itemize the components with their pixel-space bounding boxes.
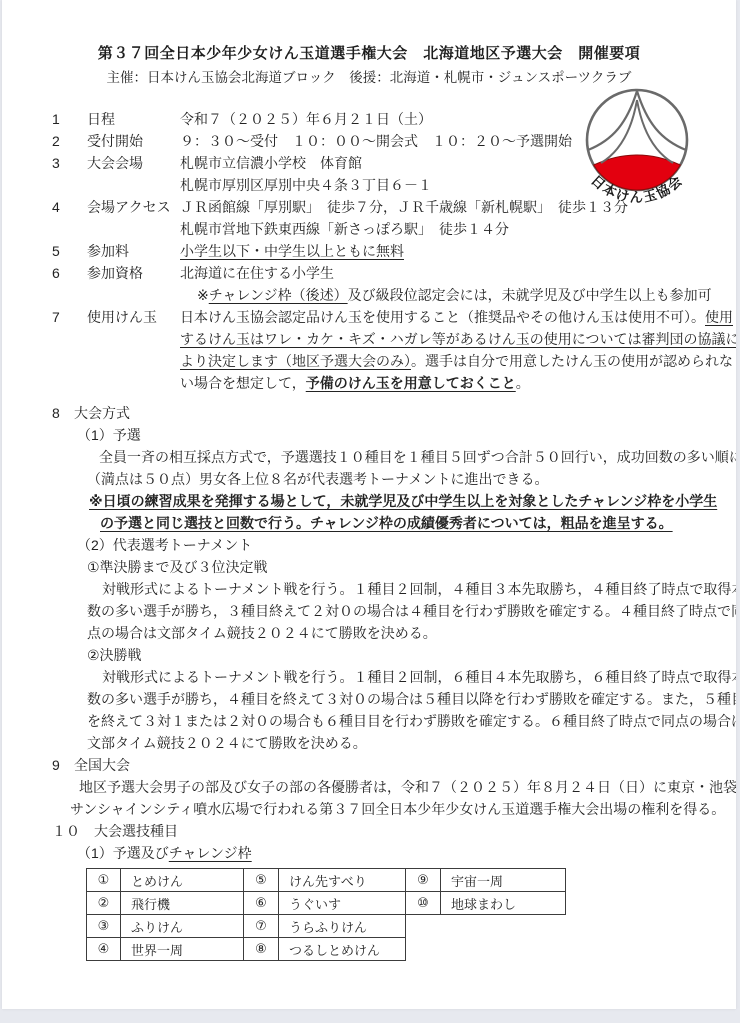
document-body: 1日程令和７（２０２５）年６月２１日（土）2受付開始９：３０～受付 １０：００～… — [2, 108, 736, 864]
item-number: 1 — [52, 108, 60, 130]
event-number-cell: ② — [87, 892, 121, 915]
text-segment: の予選と同じ選技と回数で行う。チャレンジ枠の成績優秀者については，粗品を進呈する… — [100, 515, 673, 531]
item-label: 大会会場 — [87, 152, 143, 174]
numbered-line: 4会場アクセスＪＲ函館線「厚別駅」 徒歩７分，ＪＲ千歳線「新札幌駅」 徒歩１３分 — [2, 196, 736, 218]
text-line: 対戦形式によるトーナメント戦を行う。１種目２回制，６種目４本先取勝ち，６種目終了… — [2, 666, 736, 688]
document-title: 第３７回全日本少年少女けん玉道選手権大会 北海道地区予選大会 開催要項 — [2, 42, 736, 63]
text-line: の予選と同じ選技と回数で行う。チャレンジ枠の成績優秀者については，粗品を進呈する… — [2, 512, 736, 534]
text-segment: 全国大会 — [74, 757, 130, 773]
line-text: ①準決勝まで及び３位決定戦 — [87, 556, 268, 578]
line-text: （満点は５０点）男女各上位８名が代表選考トーナメントに進出できる。 — [87, 468, 548, 490]
text-line: 札幌市営地下鉄東西線「新さっぽろ駅」 徒歩１４分 — [2, 218, 736, 240]
text-segment: するけん玉はワレ・カケ・キズ・ハガレ等があるけん玉の使用については審判団の協議に — [180, 331, 736, 347]
text-line: を終えて３対１または２対０の場合も６種目目を行わず勝敗を確定する。６種目終了時点… — [2, 710, 736, 732]
line-text: 対戦形式によるトーナメント戦を行う。１種目２回制，６種目４本先取勝ち，６種目終了… — [102, 666, 736, 688]
text-line: 数の多い選手が勝ち，３種目終えて２対０の場合は４種目を行わず勝敗を確定する。４種… — [2, 600, 736, 622]
item-number: 4 — [52, 196, 60, 218]
numbered-line: 6参加資格北海道に在住する小学生 — [2, 262, 736, 284]
text-segment: 令和７（２０２５）年６月２１日（土） — [180, 111, 432, 127]
item-number: 8 — [52, 402, 60, 424]
text-segment: 点の場合は文部タイム競技２０２４にて勝敗を決める。 — [87, 625, 437, 641]
text-line: 文部タイム競技２０２４にて勝敗を決める。 — [2, 732, 736, 754]
text-segment: 予備のけん玉を用意しておくこと — [306, 375, 516, 391]
empty-cell — [441, 938, 566, 961]
item-label: 会場アクセス — [87, 196, 171, 218]
event-name-cell: 世界一周 — [121, 938, 244, 961]
event-name-cell: うぐいす — [279, 892, 406, 915]
event-number-cell: ① — [87, 869, 121, 892]
numbered-line: 8大会方式 — [2, 402, 736, 424]
text-line: 札幌市厚別区厚別中央４条３丁目６－１ — [2, 174, 736, 196]
text-segment: 小学生以下・中学生以上ともに無料 — [180, 243, 404, 259]
line-text: （1）予選 — [77, 424, 141, 446]
text-segment: ①準決勝まで及び３位決定戦 — [87, 559, 268, 575]
line-text: ※チャレンジ枠（後述）及び級段位認定会には，未就学児及び中学生以上も参加可 — [197, 284, 712, 306]
text-line: サンシャインシティ噴水広場で行われる第３７回全日本少年少女けん玉道選手権大会出場… — [2, 798, 736, 820]
item-label: 日程 — [87, 108, 115, 130]
text-line: ①準決勝まで及び３位決定戦 — [2, 556, 736, 578]
line-text: 北海道に在住する小学生 — [180, 262, 334, 284]
event-number-cell: ⑥ — [244, 892, 279, 915]
text-segment: （満点は５０点）男女各上位８名が代表選考トーナメントに進出できる。 — [87, 471, 548, 487]
line-text: 対戦形式によるトーナメント戦を行う。１種目２回制，４種目３本先取勝ち，４種目終了… — [102, 578, 736, 600]
text-line: （1）予選 — [2, 424, 736, 446]
line-text: ＪＲ函館線「厚別駅」 徒歩７分，ＪＲ千歳線「新札幌駅」 徒歩１３分 — [180, 196, 628, 218]
text-line: するけん玉はワレ・カケ・キズ・ハガレ等があるけん玉の使用については審判団の協議に — [2, 328, 736, 350]
organizer-line: 主催：日本けん玉協会北海道ブロック 後援：北海道・札幌市・ジュンスポーツクラブ — [2, 66, 736, 86]
line-text: ※日頃の練習成果を発揮する場として，未就学児及び中学生以上を対象としたチャレンジ… — [89, 490, 717, 512]
event-number-cell: ⑨ — [406, 869, 441, 892]
document-page: 第３７回全日本少年少女けん玉道選手権大会 北海道地区予選大会 開催要項 主催：日… — [2, 0, 736, 1009]
text-segment: 対戦形式によるトーナメント戦を行う。１種目２回制，６種目４本先取勝ち，６種目終了… — [102, 669, 736, 685]
event-number-cell: ④ — [87, 938, 121, 961]
event-number-cell: ⑧ — [244, 938, 279, 961]
line-text: するけん玉はワレ・カケ・キズ・ハガレ等があるけん玉の使用については審判団の協議に — [180, 328, 736, 350]
text-segment: 。選手は自分で用意したけん玉の使用が認められな — [411, 353, 733, 369]
line-text: ②決勝戦 — [87, 644, 142, 666]
events-table: ①とめけん⑤けん先すべり⑨宇宙一周②飛行機⑥うぐいす⑩地球まわし③ふりけん⑦うら… — [86, 868, 566, 961]
text-segment: 全員一斉の相互採点方式で，予選選技１０種目を１種目５回ずつ合計５０回行い，成功回… — [99, 449, 736, 465]
line-text: い場合を想定して，予備のけん玉を用意しておくこと。 — [180, 372, 530, 394]
numbered-line: 1日程令和７（２０２５）年６月２１日（土） — [2, 108, 736, 130]
empty-cell — [406, 938, 441, 961]
item-number: １０ — [52, 820, 80, 842]
text-segment: サンシャインシティ噴水広場で行われる第３７回全日本少年少女けん玉道選手権大会出場… — [70, 801, 725, 817]
text-segment: （2）代表選考トーナメント — [77, 537, 252, 553]
text-line: い場合を想定して，予備のけん玉を用意しておくこと。 — [2, 372, 736, 394]
numbered-line: 5参加料小学生以下・中学生以上ともに無料 — [2, 240, 736, 262]
text-line: より決定します（地区予選大会のみ）。選手は自分で用意したけん玉の使用が認められな — [2, 350, 736, 372]
event-name-cell: ふりけん — [121, 915, 244, 938]
item-label: 受付開始 — [87, 130, 143, 152]
text-line: 対戦形式によるトーナメント戦を行う。１種目２回制，４種目３本先取勝ち，４種目終了… — [2, 578, 736, 600]
text-segment: 札幌市立信濃小学校 体育館 — [180, 155, 362, 171]
item-number: 3 — [52, 152, 60, 174]
text-segment: チャレンジ枠 — [169, 845, 252, 861]
line-text: 全員一斉の相互採点方式で，予選選技１０種目を１種目５回ずつ合計５０回行い，成功回… — [99, 446, 736, 468]
text-segment: ②決勝戦 — [87, 647, 142, 663]
text-line: （1）予選及びチャレンジ枠 — [2, 842, 736, 864]
text-segment: 及び級段位認定会には，未就学児及び中学生以上も参加可 — [348, 287, 712, 303]
empty-cell — [406, 915, 441, 938]
item-label: 参加資格 — [87, 262, 143, 284]
text-segment: 数の多い選手が勝ち，３種目終えて２対０の場合は４種目を行わず勝敗を確定する。４種… — [87, 603, 736, 619]
line-text: （2）代表選考トーナメント — [77, 534, 252, 556]
text-segment: より決定します（地区予選大会のみ） — [180, 353, 411, 369]
text-segment: ※ — [197, 287, 209, 303]
line-text: ９：３０～受付 １０：００～開会式 １０：２０～予選開始 — [180, 130, 572, 152]
text-segment: 。 — [516, 375, 530, 391]
event-name-cell: けん先すべり — [279, 869, 406, 892]
text-segment: を終えて３対１または２対０の場合も６種目目を行わず勝敗を確定する。６種目終了時点… — [87, 713, 736, 729]
event-name-cell: うらふりけん — [279, 915, 406, 938]
numbered-line: 3大会会場札幌市立信濃小学校 体育館 — [2, 152, 736, 174]
text-segment: 北海道に在住する小学生 — [180, 265, 334, 281]
text-segment: い場合を想定して， — [180, 375, 306, 391]
text-line: 全員一斉の相互採点方式で，予選選技１０種目を１種目５回ずつ合計５０回行い，成功回… — [2, 446, 736, 468]
text-segment: （1）予選及び — [77, 845, 169, 861]
text-segment: チャレンジ枠（後述） — [209, 287, 348, 303]
item-number: 6 — [52, 262, 60, 284]
line-text: （1）予選及びチャレンジ枠 — [77, 842, 252, 864]
line-text: 札幌市営地下鉄東西線「新さっぽろ駅」 徒歩１４分 — [180, 218, 509, 240]
table-row: ②飛行機⑥うぐいす⑩地球まわし — [87, 892, 566, 915]
line-text: 札幌市厚別区厚別中央４条３丁目６－１ — [180, 174, 432, 196]
text-segment: 日本けん玉協会認定品けん玉を使用すること（推奨品やその他けん玉は使用不可）。 — [180, 309, 705, 325]
text-segment: 札幌市厚別区厚別中央４条３丁目６－１ — [180, 177, 432, 193]
line-text: の予選と同じ選技と回数で行う。チャレンジ枠の成績優秀者については，粗品を進呈する… — [100, 512, 673, 534]
line-text: 数の多い選手が勝ち，３種目終えて２対０の場合は４種目を行わず勝敗を確定する。４種… — [87, 600, 736, 622]
text-segment: 対戦形式によるトーナメント戦を行う。１種目２回制，４種目３本先取勝ち，４種目終了… — [102, 581, 736, 597]
text-line: 数の多い選手が勝ち，４種目を終えて３対０の場合は５種目以降を行わず勝敗を確定する… — [2, 688, 736, 710]
line-text: 大会方式 — [74, 402, 130, 424]
line-text: より決定します（地区予選大会のみ）。選手は自分で用意したけん玉の使用が認められな — [180, 350, 733, 372]
event-number-cell: ⑦ — [244, 915, 279, 938]
text-segment: 大会選技種目 — [94, 823, 178, 839]
item-label: 参加料 — [87, 240, 129, 262]
item-number: 2 — [52, 130, 60, 152]
numbered-line: 7使用けん玉日本けん玉協会認定品けん玉を使用すること（推奨品やその他けん玉は使用… — [2, 306, 736, 328]
text-segment: 文部タイム競技２０２４にて勝敗を決める。 — [87, 735, 367, 751]
text-segment: 大会方式 — [74, 405, 130, 421]
text-segment: 数の多い選手が勝ち，４種目を終えて３対０の場合は５種目以降を行わず勝敗を確定する… — [87, 691, 736, 707]
text-segment: ※日頃の練習成果を発揮する場として，未就学児及び中学生以上を対象としたチャレンジ… — [89, 493, 717, 509]
numbered-line: 9全国大会 — [2, 754, 736, 776]
numbered-line: １０大会選技種目 — [2, 820, 736, 842]
event-number-cell: ⑤ — [244, 869, 279, 892]
event-name-cell: 地球まわし — [441, 892, 566, 915]
line-text: を終えて３対１または２対０の場合も６種目目を行わず勝敗を確定する。６種目終了時点… — [87, 710, 736, 732]
text-segment: ＪＲ函館線「厚別駅」 徒歩７分，ＪＲ千歳線「新札幌駅」 徒歩１３分 — [180, 199, 628, 215]
event-name-cell: つるしとめけん — [279, 938, 406, 961]
event-number-cell: ⑩ — [406, 892, 441, 915]
text-line: （満点は５０点）男女各上位８名が代表選考トーナメントに進出できる。 — [2, 468, 736, 490]
text-segment: （1）予選 — [77, 427, 141, 443]
event-name-cell: とめけん — [121, 869, 244, 892]
text-line: 点の場合は文部タイム競技２０２４にて勝敗を決める。 — [2, 622, 736, 644]
event-number-cell: ③ — [87, 915, 121, 938]
text-segment: 地区予選大会男子の部及び女子の部の各優勝者は，令和７（２０２５）年８月２４日（日… — [79, 779, 736, 795]
text-line: ②決勝戦 — [2, 644, 736, 666]
text-line: ※日頃の練習成果を発揮する場として，未就学児及び中学生以上を対象としたチャレンジ… — [2, 490, 736, 512]
text-line: ※チャレンジ枠（後述）及び級段位認定会には，未就学児及び中学生以上も参加可 — [2, 284, 736, 306]
text-segment: ９：３０～受付 １０：００～開会式 １０：２０～予選開始 — [180, 133, 572, 149]
line-text: 地区予選大会男子の部及び女子の部の各優勝者は，令和７（２０２５）年８月２４日（日… — [79, 776, 736, 798]
empty-cell — [441, 915, 566, 938]
text-segment: 使用 — [705, 309, 733, 325]
text-line: 地区予選大会男子の部及び女子の部の各優勝者は，令和７（２０２５）年８月２４日（日… — [2, 776, 736, 798]
line-text: 文部タイム競技２０２４にて勝敗を決める。 — [87, 732, 367, 754]
line-text: 数の多い選手が勝ち，４種目を終えて３対０の場合は５種目以降を行わず勝敗を確定する… — [87, 688, 736, 710]
line-text: 点の場合は文部タイム競技２０２４にて勝敗を決める。 — [87, 622, 437, 644]
table-row: ③ふりけん⑦うらふりけん — [87, 915, 566, 938]
line-text: 全国大会 — [74, 754, 130, 776]
item-number: 9 — [52, 754, 60, 776]
event-name-cell: 宇宙一周 — [441, 869, 566, 892]
line-text: 札幌市立信濃小学校 体育館 — [180, 152, 362, 174]
table-row: ①とめけん⑤けん先すべり⑨宇宙一周 — [87, 869, 566, 892]
item-number: 7 — [52, 306, 60, 328]
event-name-cell: 飛行機 — [121, 892, 244, 915]
line-text: 令和７（２０２５）年６月２１日（土） — [180, 108, 432, 130]
line-text: 小学生以下・中学生以上ともに無料 — [180, 240, 404, 262]
item-label: 使用けん玉 — [87, 306, 157, 328]
text-segment: 札幌市営地下鉄東西線「新さっぽろ駅」 徒歩１４分 — [180, 221, 509, 237]
numbered-line: 2受付開始９：３０～受付 １０：００～開会式 １０：２０～予選開始 — [2, 130, 736, 152]
line-text: 日本けん玉協会認定品けん玉を使用すること（推奨品やその他けん玉は使用不可）。使用 — [180, 306, 733, 328]
text-line: （2）代表選考トーナメント — [2, 534, 736, 556]
item-number: 5 — [52, 240, 60, 262]
line-text: サンシャインシティ噴水広場で行われる第３７回全日本少年少女けん玉道選手権大会出場… — [70, 798, 725, 820]
line-text: 大会選技種目 — [94, 820, 178, 842]
table-row: ④世界一周⑧つるしとめけん — [87, 938, 566, 961]
